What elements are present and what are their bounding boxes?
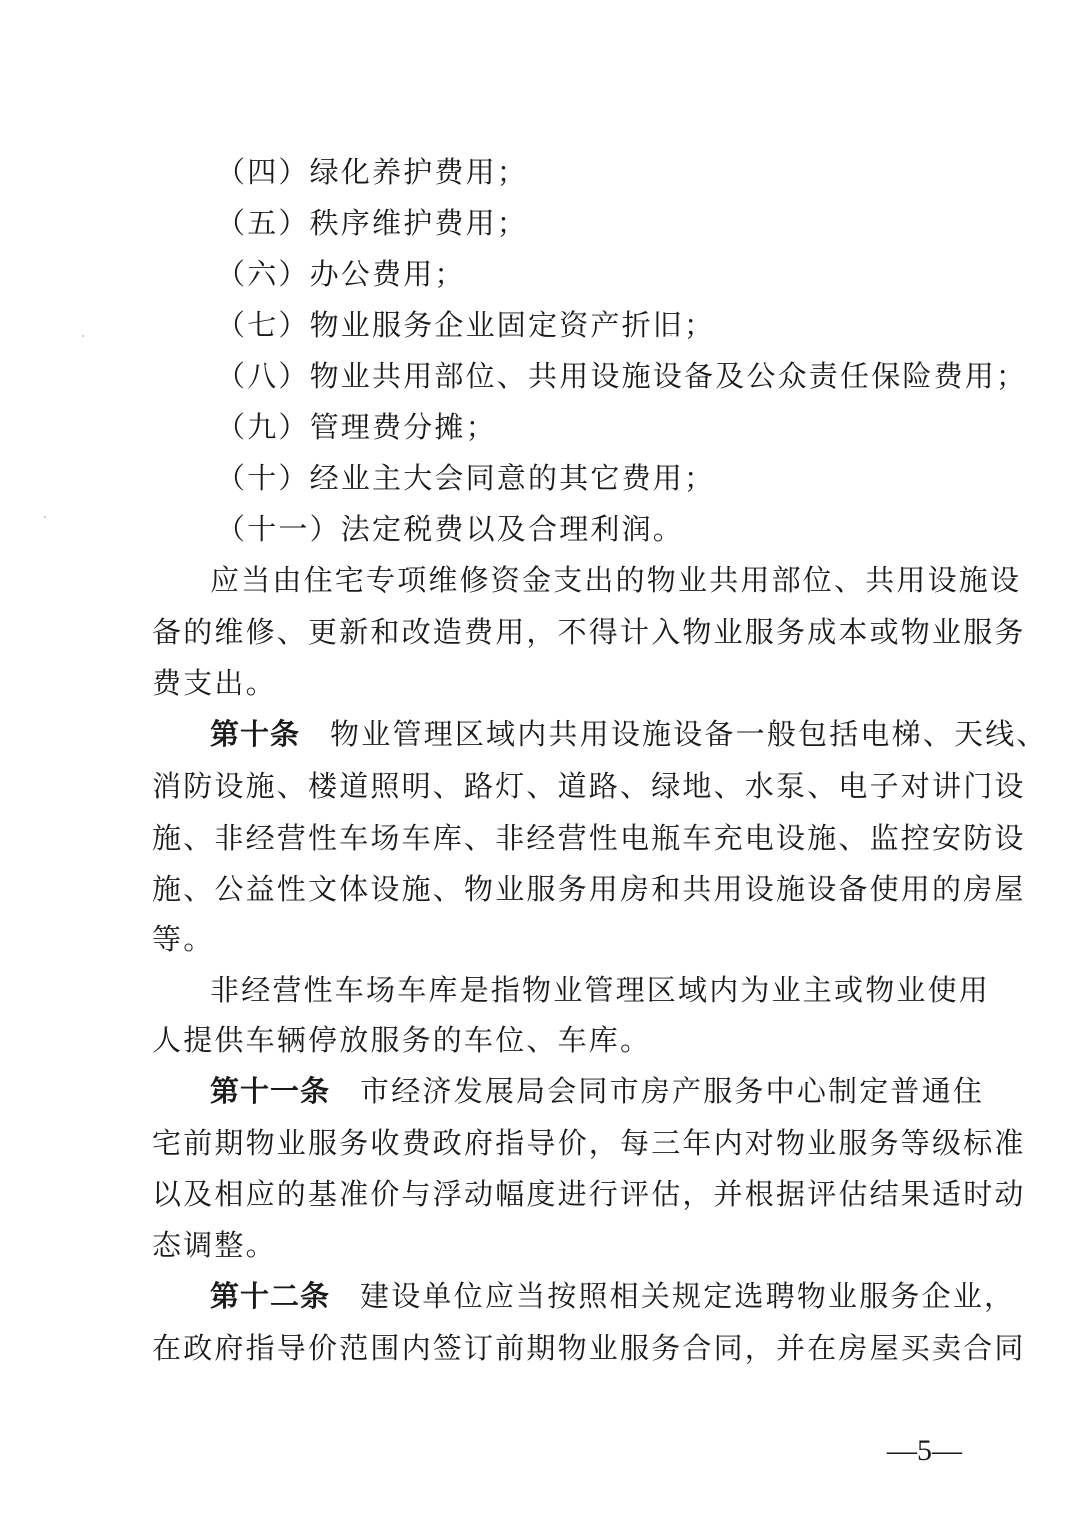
paragraph-line: 应当由住宅专项维修资金支出的物业共用部位、共用设施设 — [210, 562, 1010, 598]
list-item-4: （四）绿化养护费用； — [216, 154, 1016, 190]
paragraph-line: 宅前期物业服务收费政府指导价，每三年内对物业服务等级标准 — [152, 1125, 952, 1161]
list-item-10: （十）经业主大会同意的其它费用； — [216, 460, 1016, 496]
paragraph-line: 在政府指导价范围内签订前期物业服务合同，并在房屋买卖合同 — [152, 1330, 952, 1366]
article-10-text: 物业管理区域内共用设施设备一般包括电梯、天线、 — [330, 717, 1048, 751]
paragraph-line: 施、公益性文体设施、物业服务用房和共用设施设备使用的房屋 — [152, 871, 952, 907]
article-10-first-line: 第十条物业管理区域内共用设施设备一般包括电梯、天线、 — [210, 716, 1010, 752]
paragraph-line: 以及相应的基准价与浮动幅度进行评估，并根据评估结果适时动 — [152, 1176, 952, 1212]
list-item-5: （五）秩序维护费用； — [216, 205, 1016, 241]
page-number: —5— — [887, 1434, 962, 1468]
paragraph-line: 消防设施、楼道照明、路灯、道路、绿地、水泵、电子对讲门设 — [152, 768, 952, 804]
paragraph-line: 非经营性车场车库是指物业管理区域内为业主或物业使用 — [210, 972, 1010, 1008]
scan-speck — [82, 335, 84, 337]
article-12-first-line: 第十二条建设单位应当按照相关规定选聘物业服务企业， — [210, 1278, 1010, 1314]
paragraph-line: 等。 — [152, 921, 952, 957]
article-11-text: 市经济发展局会同市房产服务中心制定普通住 — [360, 1074, 984, 1108]
paragraph-line: 费支出。 — [152, 665, 952, 701]
article-12-heading: 第十二条 — [210, 1279, 330, 1313]
paragraph-line: 人提供车辆停放服务的车位、车库。 — [152, 1022, 952, 1058]
list-item-11: （十一）法定税费以及合理利润。 — [216, 511, 1016, 547]
list-item-9: （九）管理费分摊； — [216, 409, 1016, 445]
scan-speck — [670, 334, 672, 336]
document-page: （四）绿化养护费用； （五）秩序维护费用； （六）办公费用； （七）物业服务企业… — [0, 0, 1080, 1527]
paragraph-line: 态调整。 — [152, 1227, 952, 1263]
article-12-text: 建设单位应当按照相关规定选聘物业服务企业， — [360, 1279, 1015, 1313]
article-11-heading: 第十一条 — [210, 1074, 330, 1108]
article-10-heading: 第十条 — [210, 717, 300, 751]
list-item-8: （八）物业共用部位、共用设施设备及公众责任保险费用； — [216, 358, 1016, 394]
scan-speck — [44, 516, 46, 518]
paragraph-line: 备的维修、更新和改造费用，不得计入物业服务成本或物业服务 — [152, 614, 952, 650]
paragraph-line: 施、非经营性车场车库、非经营性电瓶车充电设施、监控安防设 — [152, 820, 952, 856]
article-11-first-line: 第十一条市经济发展局会同市房产服务中心制定普通住 — [210, 1073, 1010, 1109]
list-item-7: （七）物业服务企业固定资产折旧； — [216, 307, 1016, 343]
list-item-6: （六）办公费用； — [216, 256, 1016, 292]
